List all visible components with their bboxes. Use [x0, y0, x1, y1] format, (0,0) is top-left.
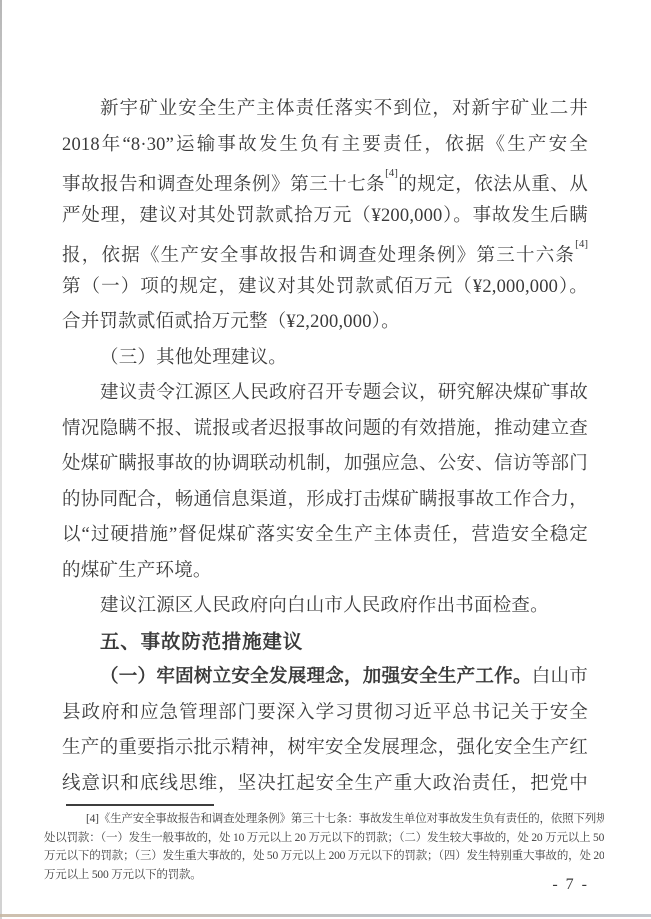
page-number: - 7 -: [552, 876, 589, 894]
body-line: 情况隐瞒不报、谎报或者迟报事故问题的有效措施，推动建立查: [62, 412, 588, 448]
body-line: 建议江源区人民政府向白山市人民政府作出书面检查。: [62, 589, 588, 625]
body-line-text: 白山市: [532, 667, 588, 687]
body-line: 新宇矿业安全生产主体责任落实不到位，对新宇矿业二井: [62, 92, 588, 128]
body-line: 严处理，建议对其处罚款贰拾万元（¥200,000）。事故发生后瞒: [62, 199, 588, 235]
body-line: （三）其他处理建议。: [62, 341, 588, 377]
body-line: 2018年“8·30”运输事故发生负有主要责任，依据《生产安全: [62, 128, 588, 164]
body-line: 以“过硬措施”督促煤矿落实安全生产主体责任，营造安全稳定: [62, 518, 588, 554]
body-line-text: 事故报告和调查处理条例》第三十七条: [62, 175, 385, 195]
scan-left-edge: [0, 0, 2, 919]
footnote-block: [4]《生产安全事故报告和调查处理条例》第三十七条：事故发生单位对事故发生负有责…: [44, 810, 604, 884]
body-line: 第（一）项的规定，建议对其处罚款贰佰万元（¥2,000,000）。: [62, 270, 588, 306]
body-line: 生产的重要指示批示精神，树牢安全发展理念，强化安全生产红: [62, 731, 588, 767]
section-heading: 五、事故防范措施建议: [62, 625, 588, 661]
body-line-bold-lead: （一）牢固树立安全发展理念，加强安全生产工作。: [100, 667, 532, 687]
footnote-ref-marker: [4]: [385, 167, 398, 179]
body-line: 建议责令江源区人民政府召开专题会议，研究解决煤矿事故: [62, 376, 588, 412]
body-line: 线意识和底线思维，坚决扛起安全生产重大政治责任，把党中央、: [62, 767, 588, 803]
document-body: 新宇矿业安全生产主体责任落实不到位，对新宇矿业二井 2018年“8·30”运输事…: [62, 92, 588, 802]
body-line: 报，依据《生产安全事故报告和调查处理条例》第三十六条[4]: [62, 234, 588, 270]
footnote-line: 万元以上 500 万元以下的罚款。: [44, 866, 604, 885]
body-line-text: 报，依据《生产安全事故报告和调查处理条例》第三十六条: [62, 246, 575, 266]
footnote-line: [4]《生产安全事故报告和调查处理条例》第三十七条：事故发生单位对事故发生负有责…: [44, 810, 604, 829]
body-line: 的煤矿生产环境。: [62, 554, 588, 590]
body-line: 事故报告和调查处理条例》第三十七条[4]的规定，依法从重、从: [62, 163, 588, 199]
footnote-line: 万元以下的罚款；（三）发生重大事故的，处 50 万元以上 200 万元以下的罚款…: [44, 847, 604, 866]
body-line: （一）牢固树立安全发展理念，加强安全生产工作。白山市: [62, 660, 588, 696]
footnote-ref-marker: [4]: [575, 238, 588, 250]
body-line: 处煤矿瞒报事故的协调联动机制，加强应急、公安、信访等部门: [62, 447, 588, 483]
body-line: 的协同配合，畅通信息渠道，形成打击煤矿瞒报事故工作合力，: [62, 483, 588, 519]
footnote-line: 处以罚款：（一）发生一般事故的，处 10 万元以上 20 万元以下的罚款；（二）…: [44, 829, 604, 848]
footnote-separator-rule: [66, 804, 214, 806]
body-line-text: 的规定，依法从重、从: [398, 175, 588, 195]
body-line: 县政府和应急管理部门要深入学习贯彻习近平总书记关于安全: [62, 696, 588, 732]
body-line: 合并罚款贰佰贰拾万元整（¥2,200,000）。: [62, 305, 588, 341]
scan-bottom-edge: [0, 914, 651, 917]
document-page: 新宇矿业安全生产主体责任落实不到位，对新宇矿业二井 2018年“8·30”运输事…: [0, 0, 651, 919]
